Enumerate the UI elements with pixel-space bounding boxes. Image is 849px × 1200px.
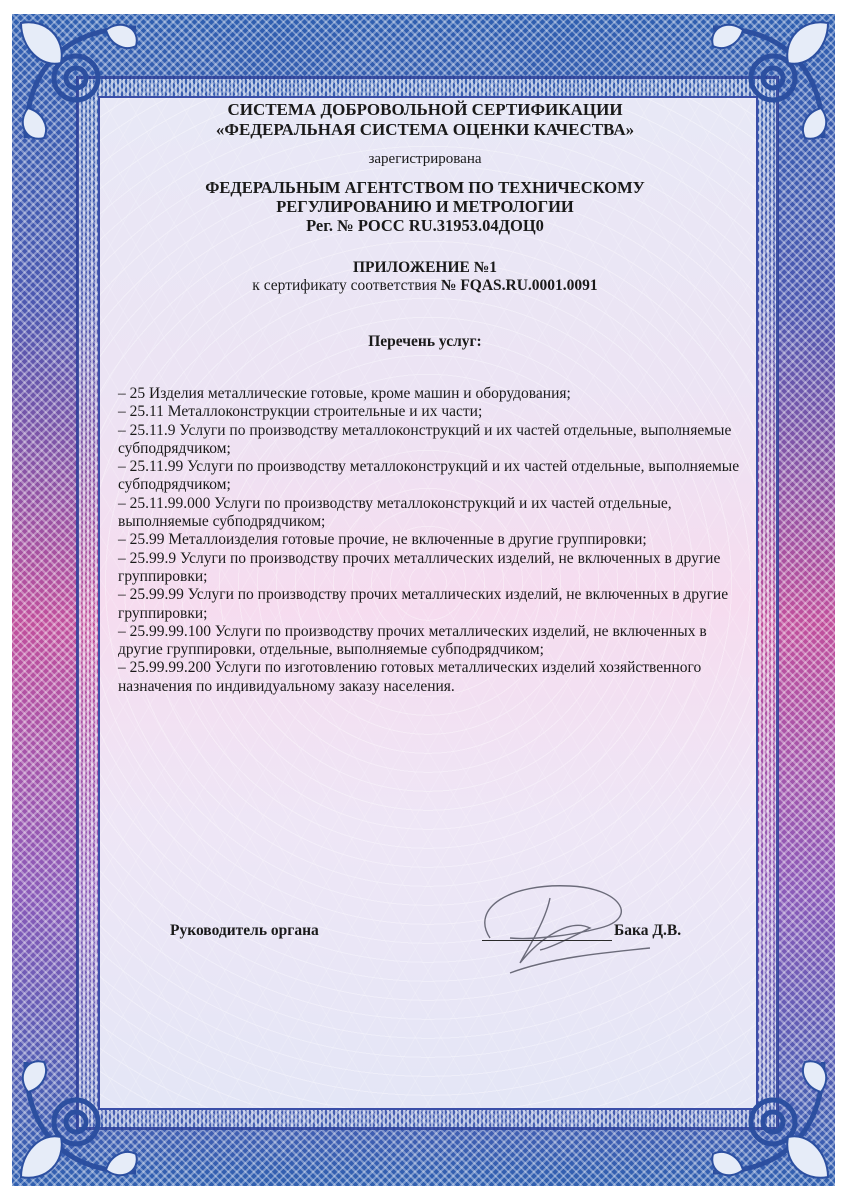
ornament-corner-icon — [6, 1042, 156, 1192]
services-title: Перечень услуг: — [110, 333, 740, 351]
signature-block: Руководитель органа Бака Д.В. — [170, 918, 730, 978]
system-title: СИСТЕМА ДОБРОВОЛЬНОЙ СЕРТИФИКАЦИИ «ФЕДЕР… — [110, 100, 740, 140]
agency-block: ФЕДЕРАЛЬНЫМ АГЕНТСТВОМ ПО ТЕХНИЧЕСКОМУ Р… — [110, 178, 740, 235]
signatory-name: Бака Д.В. — [614, 922, 681, 940]
list-item: – 25.11.99.000 Услуги по производству ме… — [118, 495, 740, 532]
list-item: – 25.99.99 Услуги по производству прочих… — [118, 586, 740, 623]
system-title-line2: «ФЕДЕРАЛЬНАЯ СИСТЕМА ОЦЕНКИ КАЧЕСТВА» — [110, 120, 740, 140]
list-item: – 25.99.99.100 Услуги по производству пр… — [118, 623, 740, 660]
list-item: – 25.99 Металлоизделия готовые прочие, н… — [118, 531, 740, 549]
certificate-prefix: к сертификату соответствия — [252, 277, 441, 294]
certificate-reference: к сертификату соответствия № FQAS.RU.000… — [110, 277, 740, 295]
list-item: – 25 Изделия металлические готовые, кром… — [118, 385, 740, 403]
signature-line — [482, 940, 612, 941]
services-list: – 25 Изделия металлические готовые, кром… — [110, 385, 740, 696]
list-item: – 25.11.99 Услуги по производству металл… — [118, 458, 740, 495]
list-item: – 25.11.9 Услуги по производству металло… — [118, 422, 740, 459]
certificate-number: № FQAS.RU.0001.0091 — [441, 277, 598, 294]
agency-line2: РЕГУЛИРОВАНИЮ И МЕТРОЛОГИИ — [110, 197, 740, 216]
registered-label: зарегистрирована — [110, 150, 740, 168]
ornament-corner-icon — [693, 1042, 843, 1192]
certificate-content: СИСТЕМА ДОБРОВОЛЬНОЙ СЕРТИФИКАЦИИ «ФЕДЕР… — [110, 96, 740, 696]
system-title-line1: СИСТЕМА ДОБРОВОЛЬНОЙ СЕРТИФИКАЦИИ — [110, 100, 740, 120]
agency-line1: ФЕДЕРАЛЬНЫМ АГЕНТСТВОМ ПО ТЕХНИЧЕСКОМУ — [110, 178, 740, 197]
list-item: – 25.11 Металлоконструкции строительные … — [118, 403, 740, 421]
signatory-role: Руководитель органа — [170, 922, 319, 940]
list-item: – 25.99.9 Услуги по производству прочих … — [118, 550, 740, 587]
registration-number: Рег. № РОСС RU.31953.04ДОЦ0 — [110, 216, 740, 235]
list-item: – 25.99.99.200 Услуги по изготовлению го… — [118, 659, 740, 696]
appendix-title: ПРИЛОЖЕНИЕ №1 — [110, 259, 740, 277]
